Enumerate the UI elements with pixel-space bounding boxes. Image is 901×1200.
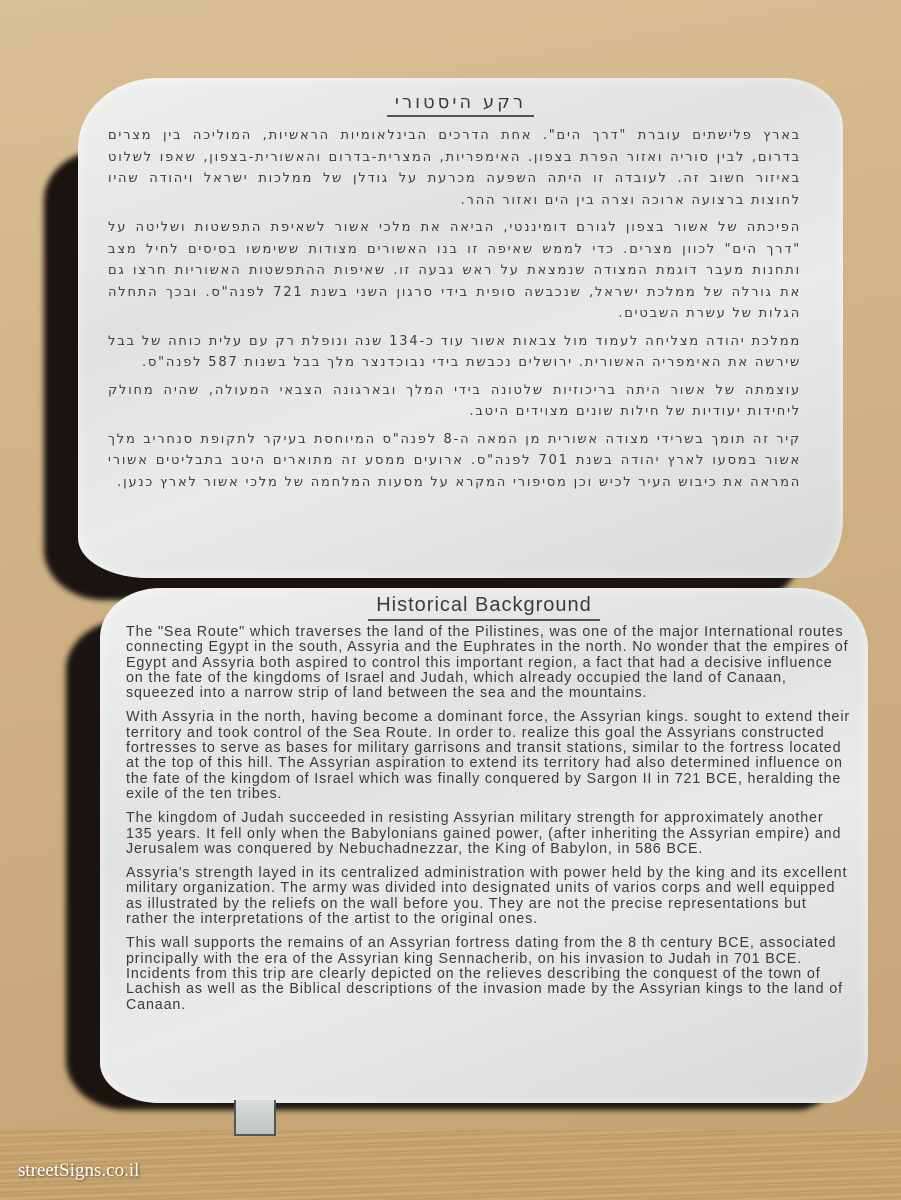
mounting-bracket — [234, 1100, 276, 1136]
hebrew-plaque-title: רקע היסטורי — [78, 92, 843, 117]
watermark: streetSigns.co.il — [18, 1160, 139, 1182]
english-plaque-title: Historical Background — [100, 594, 868, 621]
hebrew-plaque-body: בארץ פלישתים עוברת "דרך הים". אחת הדרכים… — [78, 117, 843, 493]
hebrew-paragraph: הפיכתה של אשור בצפון לגורם דומיננטי, הבי… — [108, 217, 801, 325]
hebrew-plaque: רקע היסטורי בארץ פלישתים עוברת "דרך הים"… — [78, 78, 843, 578]
hebrew-title-text: רקע היסטורי — [387, 92, 534, 117]
english-plaque-body: The "Sea Route" which traverses the land… — [100, 621, 868, 1013]
hebrew-paragraph: קיר זה תומך בשרידי מצודה אשורית מן המאה … — [108, 429, 801, 494]
hebrew-paragraph: בארץ פלישתים עוברת "דרך הים". אחת הדרכים… — [108, 125, 801, 211]
english-paragraph: The "Sea Route" which traverses the land… — [126, 625, 850, 701]
english-paragraph: This wall supports the remains of an Ass… — [126, 936, 850, 1012]
english-paragraph: Assyria's strength layed in its centrali… — [126, 866, 850, 927]
english-paragraph: The kingdom of Judah succeeded in resist… — [126, 811, 850, 857]
hebrew-paragraph: עוצמתה של אשור היתה בריכוזיות שלטונה ביד… — [108, 380, 801, 423]
hebrew-paragraph: ממלכת יהודה מצליחה לעמוד מול צבאות אשור … — [108, 331, 801, 374]
english-plaque: Historical Background The "Sea Route" wh… — [100, 588, 868, 1103]
english-title-text: Historical Background — [368, 594, 600, 621]
english-paragraph: With Assyria in the north, having become… — [126, 710, 850, 802]
